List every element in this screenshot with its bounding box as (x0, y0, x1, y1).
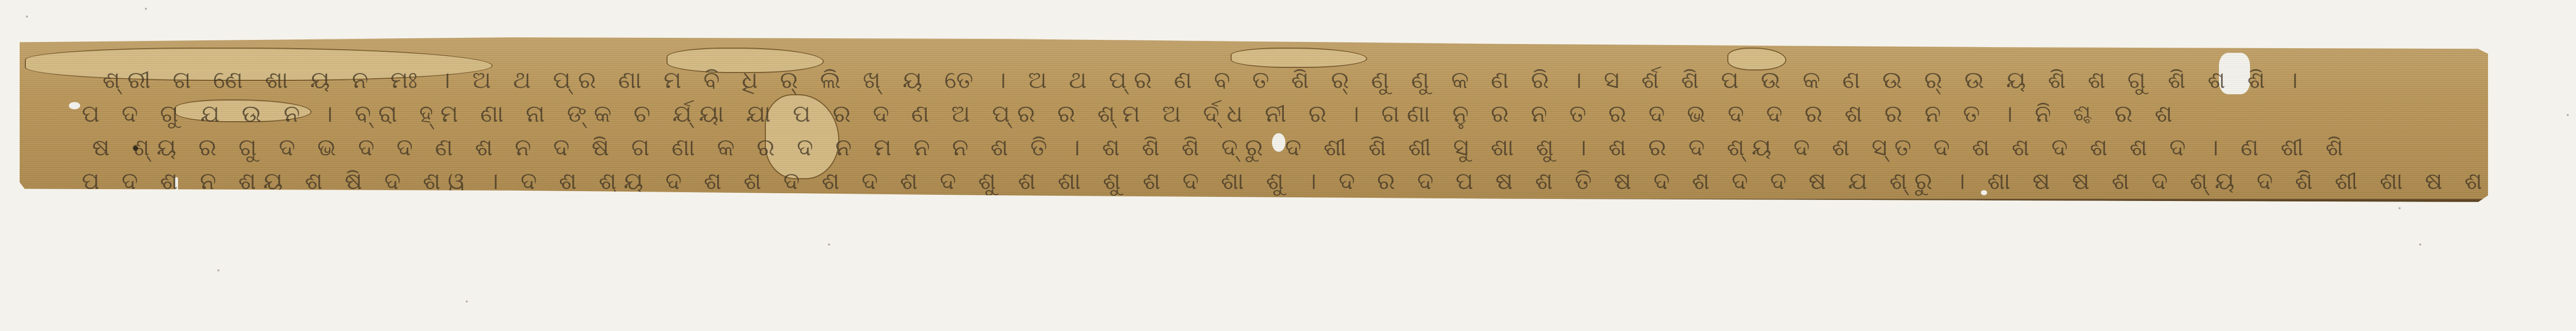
insect-damage-region (1727, 48, 1786, 70)
dust-speck (2399, 207, 2401, 209)
manuscript-line-4: ପ ଦ ଶ ନ ଶ୍ୟ ଶ ଷି ଦ ଶ୍ୱ । ଦ ଶ ଶ୍ୟ ଦ ଶ ଶ ଦ… (82, 167, 2528, 196)
wormhole (2219, 53, 2250, 94)
insect-damage-region (1231, 48, 1367, 68)
dust-speck (828, 243, 830, 246)
wormhole (1981, 190, 1987, 195)
insect-damage-region (25, 48, 493, 81)
ink-dot (1650, 229, 1655, 234)
dust-speck (2419, 243, 2421, 246)
dust-speck (466, 300, 468, 303)
leaf-bottom-edge (20, 199, 2488, 202)
ink-dot (134, 146, 138, 151)
palm-leaf-folio: ଶ୍ରୀ ଗ ଣେ ଶା ୟ ନ ମଃ । ଅ ଥ ପ୍ର ଣା ମ ବି ଧି… (20, 37, 2488, 202)
dust-speck (145, 8, 147, 10)
wormhole (175, 177, 178, 192)
insect-damage-region (765, 94, 839, 179)
manuscript-line-3: ଷ ଶ୍ୟ ର ଗୁ ଦ ଭ ଦ ଦ ଣ ଶ ନ ଦ ଷି ଗ ଣା କ ର ଦ… (92, 133, 2350, 162)
dust-speck (2567, 114, 2569, 116)
insect-damage-region (1774, 219, 1812, 234)
string-hole (1272, 133, 1285, 152)
manuscript-line-1: ଶ୍ରୀ ଗ ଣେ ଶା ୟ ନ ମଃ । ଅ ଥ ପ୍ର ଣା ମ ବି ଧି… (102, 66, 2305, 95)
dust-speck (26, 16, 28, 18)
manuscript-line-2: ପ ଦ ଗୁ ଯ ଉ ନ । ବ୍ରା ହ୍ମ ଣା ନା ଙ୍କ ଚ ର୍ଯ୍… (82, 99, 2180, 128)
wormhole (69, 102, 80, 109)
dust-speck (217, 269, 219, 271)
insect-damage-region (667, 48, 824, 73)
ink-dot (1494, 213, 1500, 219)
insect-damage-region (175, 99, 312, 122)
